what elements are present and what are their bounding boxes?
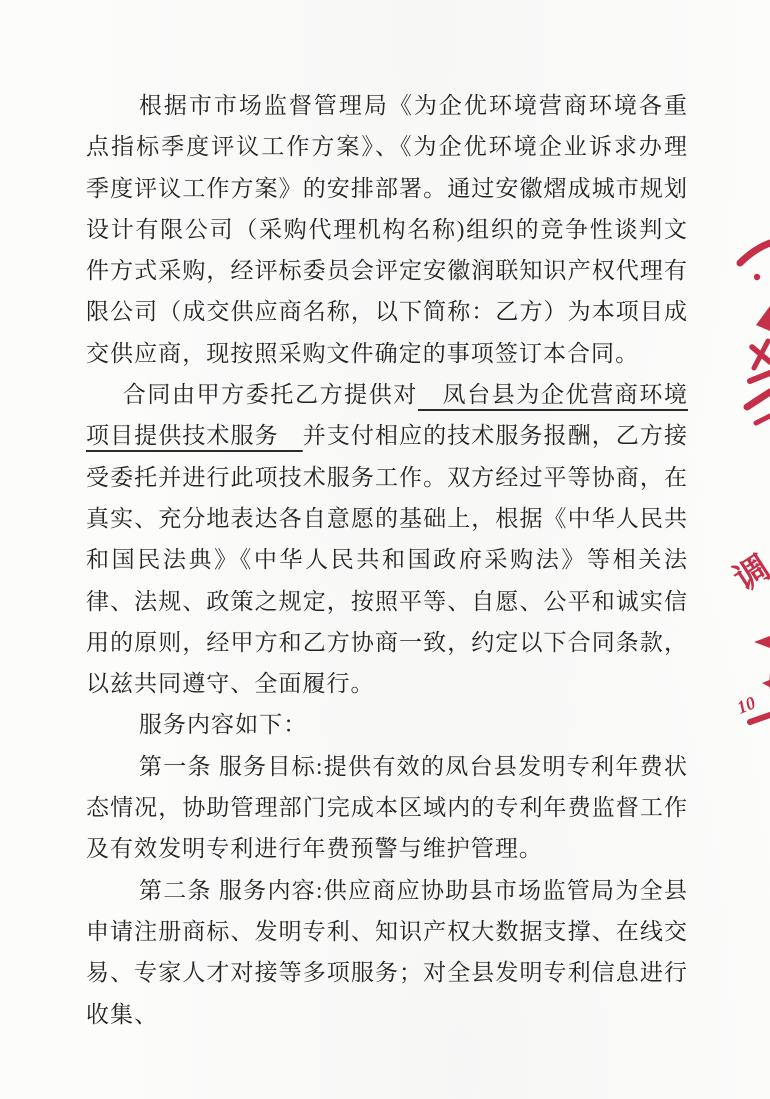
paragraph-text: 服务内容如下： xyxy=(139,712,307,737)
paragraph-text: 第一条 服务目标:提供有效的凤台县发明专利年费状态情况，协助管理部门完成本区域内… xyxy=(86,754,688,862)
clause-2: 第二条 服务内容:供应商应协助县市场监管局为全县申请注册商标、发明专利、知识产权… xyxy=(86,870,688,1035)
entrust-paragraph: 合同由甲方委托乙方提供对 凤台县为企优营商环境项目提供技术服务 并支付相应的技术… xyxy=(86,374,688,704)
paragraph-text: 第二条 服务内容:供应商应协助县市场监管局为全县申请注册商标、发明专利、知识产权… xyxy=(86,878,688,1027)
paragraph-text: 根据市市场监督管理局《为企优环境营商环境各重点指标季度评议工作方案》、《为企优环… xyxy=(86,93,688,366)
seal-character-fragment: 调 xyxy=(728,550,770,599)
paragraph-text: 合同由甲方委托乙方提供对 xyxy=(123,382,418,407)
seal-number: 10 xyxy=(734,692,758,717)
clause-1: 第一条 服务目标:提供有效的凤台县发明专利年费状态情况，协助管理部门完成本区域内… xyxy=(86,746,688,870)
seal-stroke-fragments xyxy=(740,243,770,423)
red-seal-fragment-bottom: 调 10 xyxy=(700,550,770,730)
service-content-heading: 服务内容如下： xyxy=(86,704,688,745)
seal-star-fragment xyxy=(754,614,770,696)
paragraph-text: 并支付相应的技术服务报酬，乙方接受委托并进行此项技术服务工作。双方经过平等协商，… xyxy=(86,423,688,696)
seal-number-fragment: 10 xyxy=(734,692,770,722)
contract-body: 根据市市场监督管理局《为企优环境营商环境各重点指标季度评议工作方案》、《为企优环… xyxy=(86,85,688,1035)
seal-character: 调 xyxy=(728,550,770,599)
scanned-contract-page: 根据市市场监督管理局《为企优环境营商环境各重点指标季度评议工作方案》、《为企优环… xyxy=(0,0,770,1099)
red-seal-fragment-top xyxy=(700,230,770,430)
intro-paragraph: 根据市市场监督管理局《为企优环境营商环境各重点指标季度评议工作方案》、《为企优环… xyxy=(86,85,688,374)
